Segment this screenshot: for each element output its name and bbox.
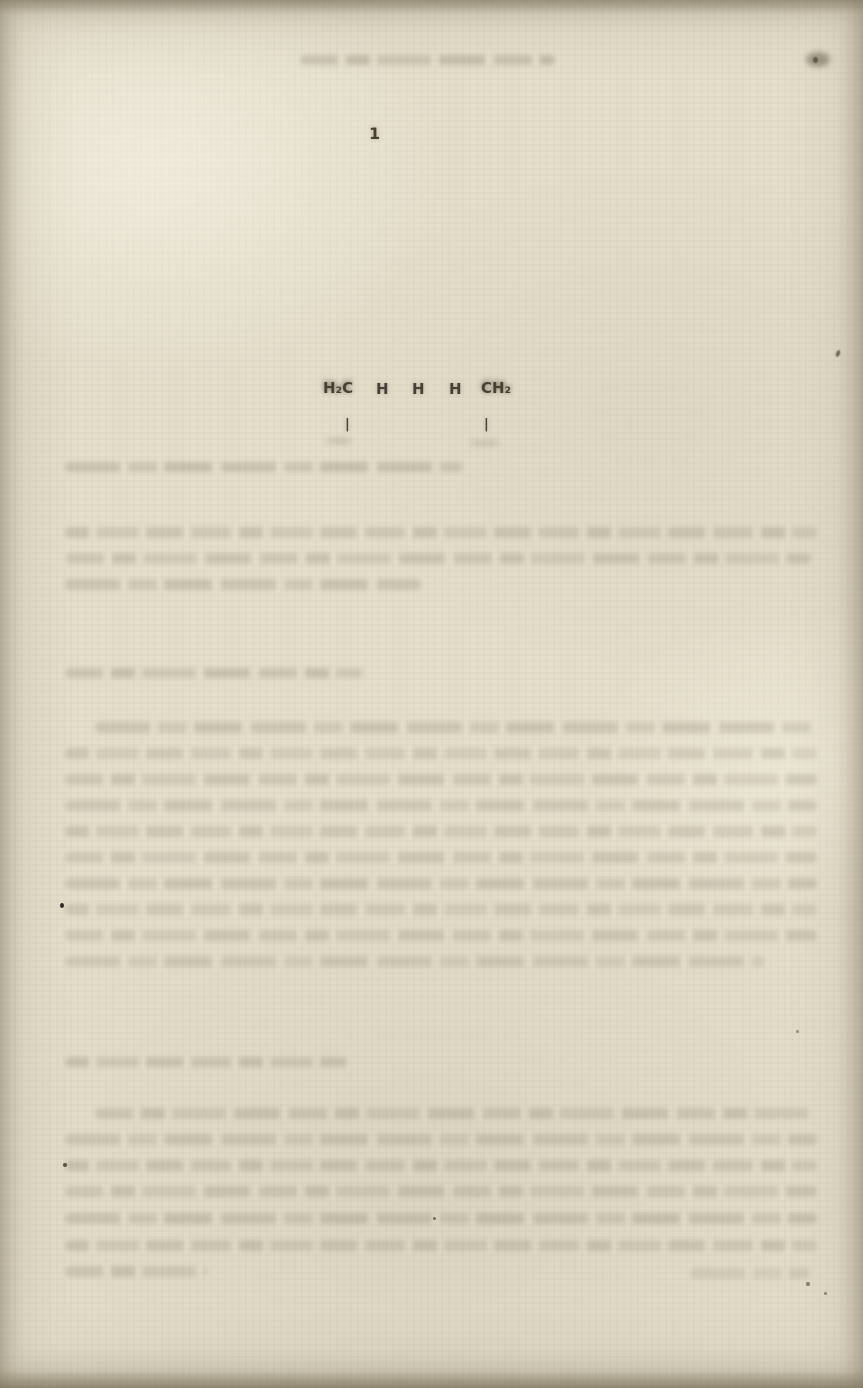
paper-speck <box>60 903 64 908</box>
text-line-faded <box>65 1213 817 1224</box>
text-line-faded <box>65 774 817 785</box>
text-smudge-faded <box>690 1268 810 1279</box>
figure-caption-faded <box>65 462 463 472</box>
text-line-faded <box>65 1186 817 1197</box>
bond-mark: | <box>345 418 350 431</box>
text-line-faded <box>65 1134 817 1145</box>
compound-label: 1 <box>369 126 380 142</box>
text-line-faded <box>65 878 817 889</box>
paper-speck <box>806 1282 810 1286</box>
text-line-faded <box>65 1266 207 1277</box>
paper-speck <box>433 1217 436 1220</box>
bond-mark: | <box>484 418 489 431</box>
text-line-faded <box>65 579 421 590</box>
paper-speck <box>796 1030 799 1033</box>
text-line-faded <box>95 722 813 733</box>
text-line-faded <box>66 553 811 564</box>
text-line-faded <box>95 1108 811 1119</box>
text-line-faded <box>65 852 817 863</box>
scan-edge-shadow-bottom <box>0 1370 863 1388</box>
text-line-faded <box>65 956 765 967</box>
paper-speck <box>835 350 841 358</box>
ink-smear <box>470 440 500 446</box>
text-line-faded <box>65 1240 817 1251</box>
text-line-faded <box>65 1160 817 1171</box>
text-line-faded <box>65 826 817 837</box>
scan-edge-shadow-top <box>0 0 863 14</box>
text-line-faded <box>65 800 817 811</box>
text-line-faded <box>65 527 817 538</box>
paper-speck <box>824 1292 827 1295</box>
formula-group-ch2: CH₂ <box>481 381 511 396</box>
formula-group-h: H <box>376 382 389 397</box>
scanned-page: 1 H₂C H H H CH₂ | | <box>0 0 863 1388</box>
running-head-faded <box>300 55 555 65</box>
ink-smear <box>326 438 352 444</box>
formula-group-h: H <box>449 382 462 397</box>
section-heading-faded <box>65 1057 347 1067</box>
page-number-speck <box>813 57 818 63</box>
formula-group-h: H <box>412 382 425 397</box>
formula-group-h2c: H₂C <box>323 381 353 396</box>
text-line-faded <box>65 904 817 915</box>
text-line-faded <box>65 748 817 759</box>
text-line-faded <box>65 930 817 941</box>
page-number-smudge <box>806 52 830 67</box>
paper-speck <box>63 1163 67 1167</box>
section-heading-faded <box>65 668 363 678</box>
